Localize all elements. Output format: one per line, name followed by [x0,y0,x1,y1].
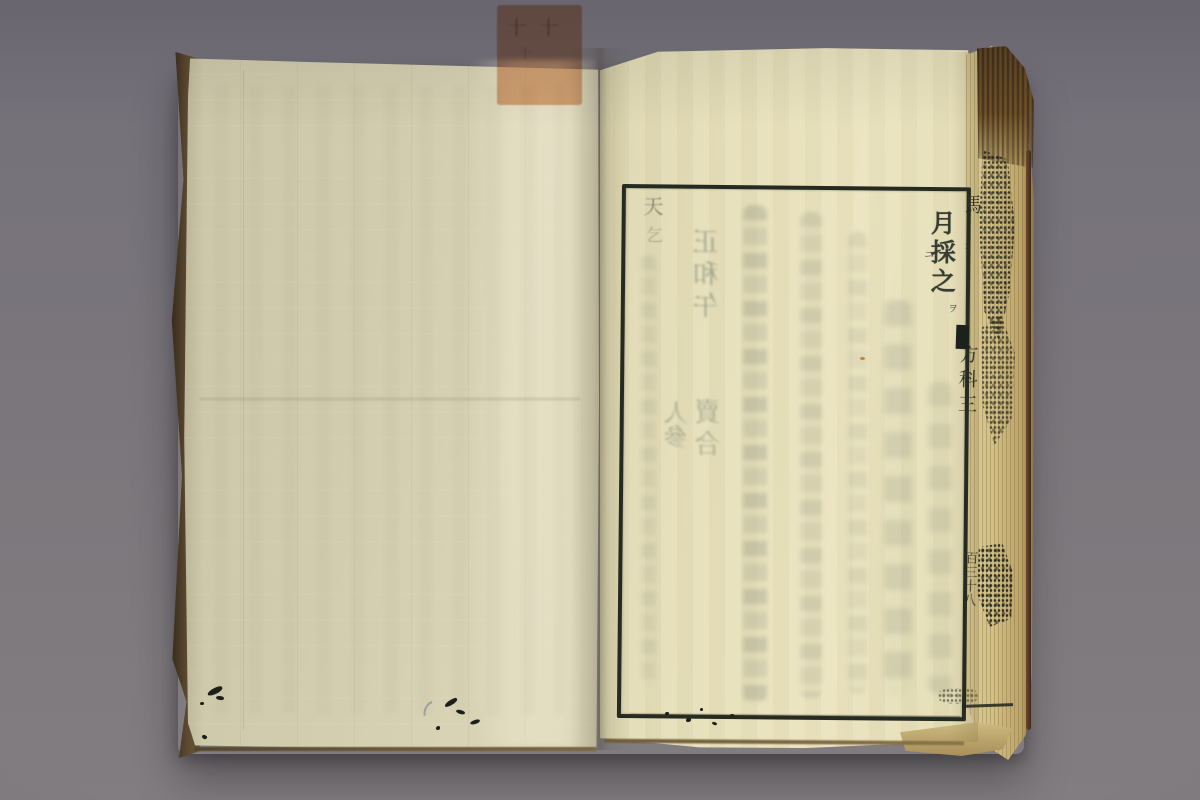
ink-speck [700,708,703,711]
bleedthrough-text: 正和午 [692,228,725,324]
seal-character: 十 [539,13,558,40]
bleedthrough-column [884,300,912,696]
cover-edge-line [1026,150,1031,730]
seal-character: 十 [519,43,532,62]
bleedthrough-column [641,255,656,685]
bleedthrough-text: 人參 [664,400,693,448]
seal-character: 十 [507,13,526,40]
ink-speck [730,714,734,717]
red-seal-stamp: 十 十 十 [497,5,582,105]
frame-corner-faint-char: 乞 [640,226,665,243]
fore-edge-spine-title: 方科三 [953,344,979,420]
left-page-crease [200,398,580,400]
bleedthrough-column [848,232,867,694]
bleedthrough-text: 賣合 [694,398,727,462]
ink-blot [200,702,204,705]
photo-of-open-woodblock-book: 正和午 賣合 人參 月採之 ニ ヲ 馬 〻 天 乞 方科三 百三十八 十 十 十 [0,0,1200,800]
left-page-bottom-edge [194,747,596,751]
bleedthrough-column [743,205,767,703]
ink-blot [436,726,440,730]
left-page-faint-bleedthrough [214,85,564,715]
paper-stain [860,357,865,360]
frame-corner-faint-char: 天 [638,196,667,216]
bleedthrough-column [928,382,952,694]
ink-speck [686,718,691,722]
ink-speck [665,712,669,715]
fold-repeat-mark: 〻 [962,240,973,256]
fold-character: 馬 [961,194,985,214]
kunten-mark: ニ [924,246,934,261]
left-page-chain-line [243,70,244,730]
bleedthrough-column [800,212,822,698]
kunten-mark: ヲ [948,300,958,315]
woodblock-border-frame [617,184,971,721]
fore-edge-dark-top [972,46,1034,168]
fore-edge-leaf-number: 百三十八 [961,551,976,608]
